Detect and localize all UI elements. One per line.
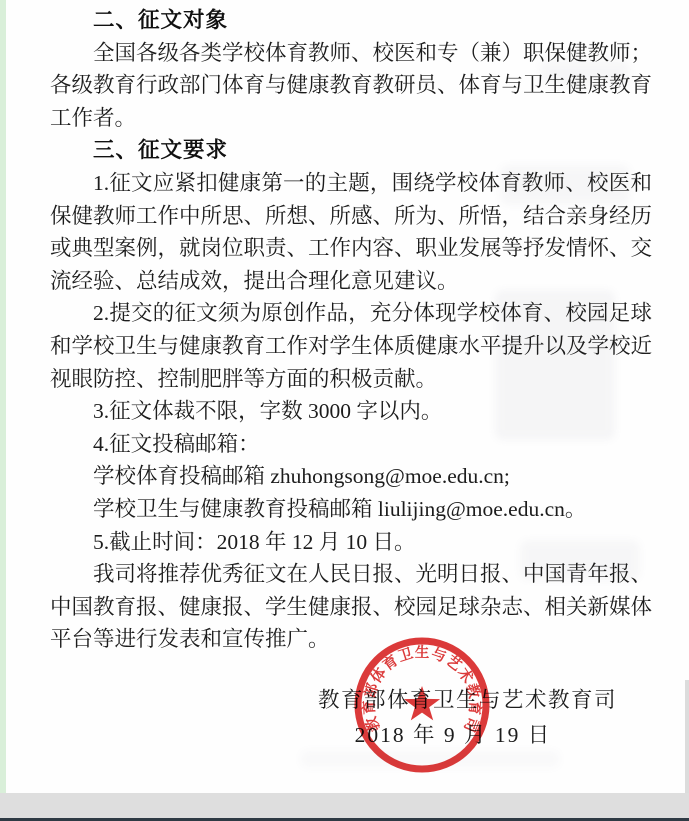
signature-block: 教育部体育卫生与艺术教育司 2018 年 9 月 19 日 <box>318 684 628 751</box>
document-body: 二、征文对象 全国各级各类学校体育教师、校医和专（兼）职保健教师；各级教育行政部… <box>50 4 652 656</box>
paragraph-requirement-4: 4.征文投稿邮箱： <box>50 428 652 461</box>
paragraph-requirement-1: 1.征文应紧扣健康第一的主题，围绕学校体育教师、校医和保健教师工作中所思、所想、… <box>50 167 652 297</box>
paragraph-email-sports: 学校体育投稿邮箱 zhuhongsong@moe.edu.cn; <box>50 460 652 493</box>
paragraph-requirement-5-deadline: 5.截止时间：2018 年 12 月 10 日。 <box>50 526 652 559</box>
paragraph-email-health: 学校卫生与健康教育投稿邮箱 liulijing@moe.edu.cn。 <box>50 493 652 526</box>
scanned-document-page: 二、征文对象 全国各级各类学校体育教师、校医和专（兼）职保健教师；各级教育行政部… <box>0 0 689 821</box>
section-heading-essay-targets: 二、征文对象 <box>50 4 652 37</box>
paragraph-requirement-2: 2.提交的征文须为原创作品，充分体现学校体育、校园足球和学校卫生与健康教育工作对… <box>50 297 652 395</box>
window-footer-bar <box>0 793 689 818</box>
scanner-edge-left <box>0 0 6 793</box>
paragraph-essay-targets: 全国各级各类学校体育教师、校医和专（兼）职保健教师；各级教育行政部门体育与健康教… <box>50 37 652 135</box>
section-heading-essay-requirements: 三、征文要求 <box>50 134 652 167</box>
signature-org-name: 教育部体育卫生与艺术教育司 <box>318 684 628 716</box>
scanner-edge-right <box>685 680 689 793</box>
paragraph-publication-promise: 我司将推荐优秀征文在人民日报、光明日报、中国青年报、中国教育报、健康报、学生健康… <box>50 558 652 656</box>
paragraph-requirement-3: 3.征文体裁不限，字数 3000 字以内。 <box>50 395 652 428</box>
signature-date: 2018 年 9 月 19 日 <box>318 719 628 751</box>
scan-artifact <box>300 750 560 768</box>
